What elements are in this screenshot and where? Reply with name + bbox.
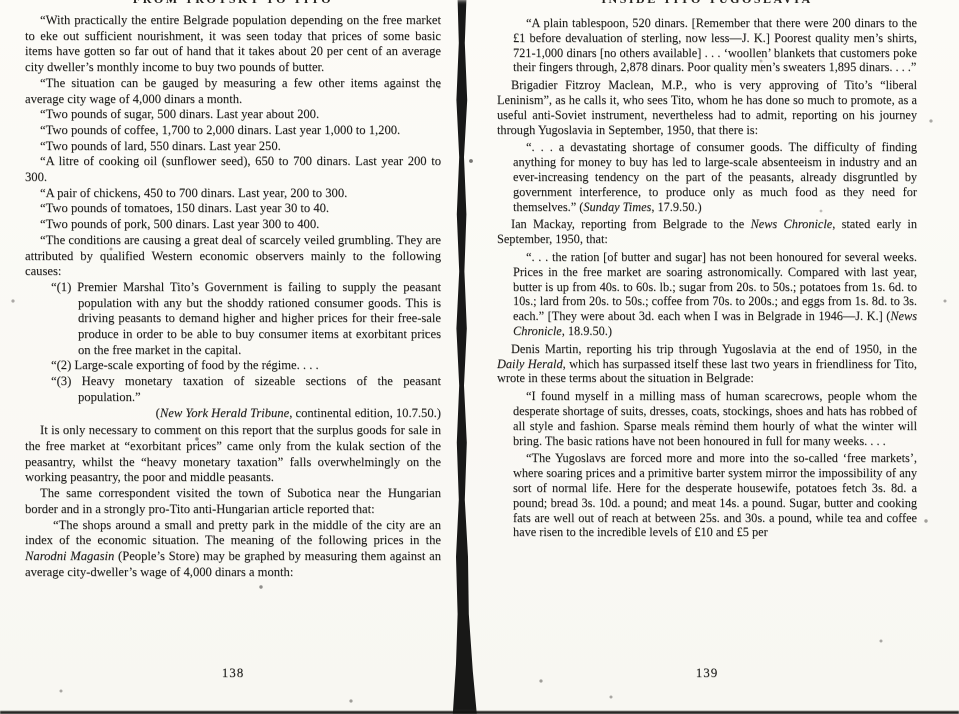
paragraph: “The situation can be gauged by measurin…	[25, 76, 441, 107]
text-run: “(3) Heavy monetary taxation of sizeable…	[51, 374, 441, 404]
text-run: , continental edition, 10.7.50.)	[289, 406, 441, 420]
text-run: “The conditions are causing a great deal…	[25, 233, 441, 278]
text-run: “With practically the entire Belgrade po…	[25, 13, 441, 74]
paragraph: (New York Herald Tribune, continental ed…	[25, 406, 441, 422]
italic-text-run: Narodni Magasin	[25, 549, 114, 563]
paragraph: “A plain tablespoon, 520 dinars. [Rememb…	[513, 16, 917, 75]
text-run: “(2) Large-scale exporting of food by th…	[51, 358, 319, 372]
text-run: “Two pounds of coffee, 1,700 to 2,000 di…	[40, 123, 400, 137]
paragraph: Brigadier Fitzroy Maclean, M.P., who is …	[497, 78, 917, 137]
italic-text-run: Daily Herald	[497, 357, 563, 371]
text-run: “A litre of cooking oil (sunflower seed)…	[25, 154, 441, 184]
text-run: “The Yugoslavs are forced more and more …	[513, 451, 917, 539]
text-run: “I found myself in a milling mass of hum…	[513, 389, 917, 447]
paragraph: “Two pounds of tomatoes, 150 dinars. Las…	[25, 201, 441, 217]
paragraph: “(3) Heavy monetary taxation of sizeable…	[25, 374, 441, 405]
page-number-left: 138	[25, 665, 441, 681]
running-head-right: INSIDE TITO YUGOSLAVIA	[497, 0, 917, 6]
paragraph: “. . . the ration [of butter and sugar] …	[513, 250, 917, 339]
paragraph: “A litre of cooking oil (sunflower seed)…	[25, 154, 441, 185]
text-run: “A plain tablespoon, 520 dinars. [Rememb…	[513, 16, 917, 74]
paragraph: “Two pounds of pork, 500 dinars. Last ye…	[25, 217, 441, 233]
book-page-left: FROM TROTSKY TO TITO “With practically t…	[25, 0, 441, 714]
text-run: “(1) Premier Marshal Tito’s Government i…	[51, 280, 441, 357]
left-page-body: “With practically the entire Belgrade po…	[25, 0, 441, 580]
text-run: , 18.9.50.)	[562, 324, 612, 338]
page-number-right: 139	[497, 665, 917, 681]
paragraph: “(2) Large-scale exporting of food by th…	[25, 358, 441, 374]
paragraph: Denis Martin, reporting his trip through…	[497, 342, 917, 386]
paragraph: “I found myself in a milling mass of hum…	[513, 389, 917, 448]
italic-text-run: Sunday Times	[583, 200, 651, 214]
text-run: “The situation can be gauged by measurin…	[25, 76, 441, 106]
paragraph: “With practically the entire Belgrade po…	[25, 13, 441, 76]
paragraph: “The conditions are causing a great deal…	[25, 233, 441, 280]
paragraph: “. . . a devastating shortage of consume…	[513, 140, 917, 214]
paragraph: “Two pounds of lard, 550 dinars. Last ye…	[25, 139, 441, 155]
text-run: Brigadier Fitzroy Maclean, M.P., who is …	[497, 78, 917, 136]
paragraph: It is only necessary to comment on this …	[25, 423, 441, 486]
paragraph: “The Yugoslavs are forced more and more …	[513, 451, 917, 540]
text-run: “Two pounds of tomatoes, 150 dinars. Las…	[40, 201, 329, 215]
text-run: “The shops around a small and pretty par…	[25, 518, 441, 548]
right-page-body: “A plain tablespoon, 520 dinars. [Rememb…	[497, 0, 917, 540]
text-run: Ian Mackay, reporting from Belgrade to t…	[511, 217, 751, 231]
paragraph: Ian Mackay, reporting from Belgrade to t…	[497, 217, 917, 247]
text-run: It is only necessary to comment on this …	[25, 423, 441, 484]
text-run: “. . . a devastating shortage of consume…	[513, 140, 917, 213]
paragraph: “Two pounds of coffee, 1,700 to 2,000 di…	[25, 123, 441, 139]
paragraph: “A pair of chickens, 450 to 700 dinars. …	[25, 186, 441, 202]
text-run: “Two pounds of sugar, 500 dinars. Last y…	[40, 107, 319, 121]
text-run: “. . . the ration [of butter and sugar] …	[513, 250, 917, 323]
text-run: “Two pounds of pork, 500 dinars. Last ye…	[40, 217, 319, 231]
text-run: Denis Martin, reporting his trip through…	[511, 342, 917, 356]
paragraph: The same correspondent visited the town …	[25, 486, 441, 517]
italic-text-run: New York Herald Tribune	[160, 406, 289, 420]
italic-text-run: News Chronicle	[751, 217, 833, 231]
book-page-right: INSIDE TITO YUGOSLAVIA “A plain tablespo…	[497, 0, 917, 714]
paragraph: “(1) Premier Marshal Tito’s Government i…	[25, 280, 441, 359]
text-run: The same correspondent visited the town …	[25, 486, 441, 516]
running-head-left: FROM TROTSKY TO TITO	[25, 0, 441, 6]
paragraph: “Two pounds of sugar, 500 dinars. Last y…	[25, 107, 441, 123]
paragraph: “The shops around a small and pretty par…	[25, 518, 441, 581]
book-gutter-shadow	[444, 0, 484, 714]
text-run: , 17.9.50.)	[651, 200, 701, 214]
text-run: “Two pounds of lard, 550 dinars. Last ye…	[40, 139, 281, 153]
text-run: “A pair of chickens, 450 to 700 dinars. …	[40, 186, 347, 200]
scan-noise	[0, 0, 2, 2]
